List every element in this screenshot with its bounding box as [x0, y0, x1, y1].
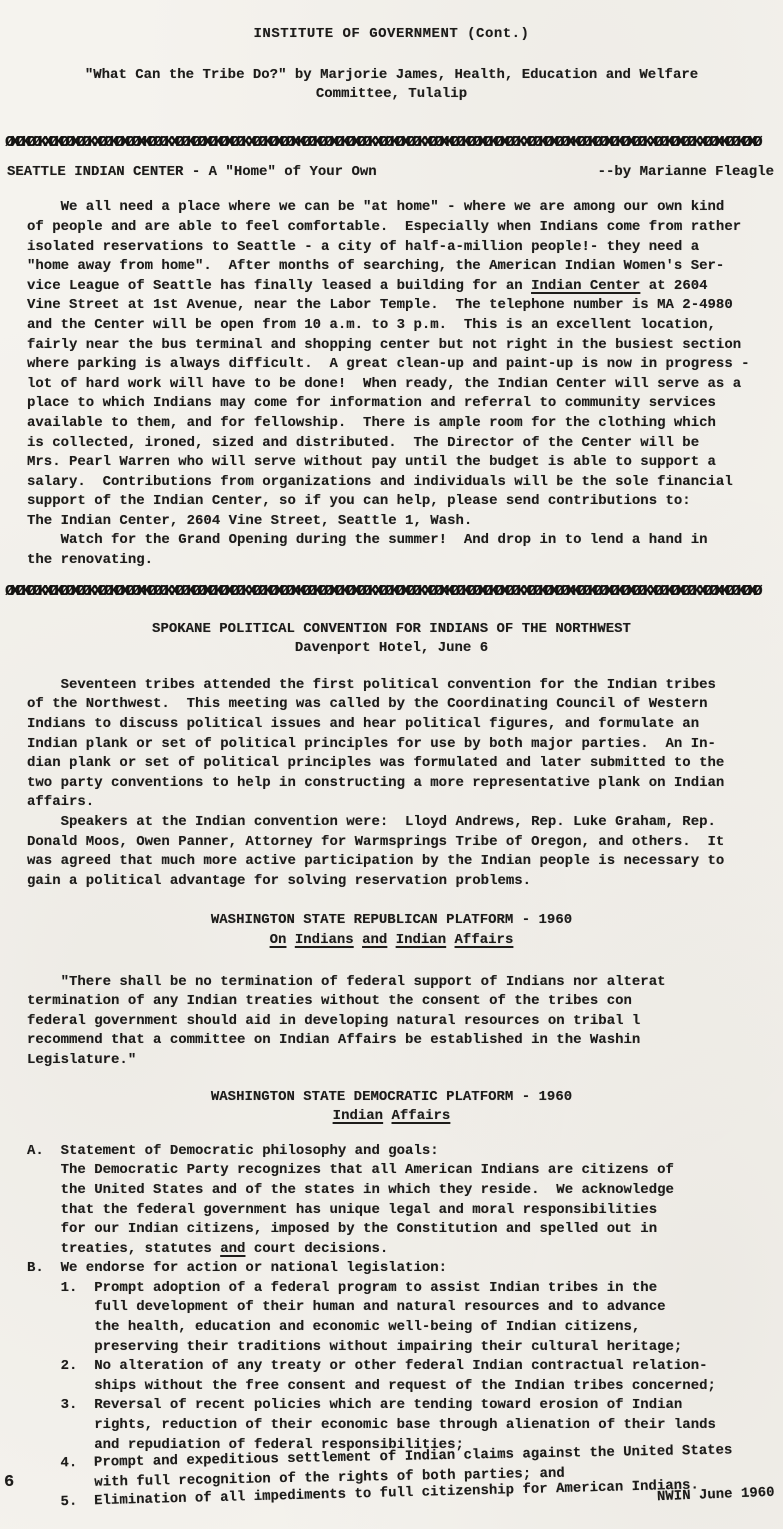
text-line: Davenport Hotel, June 6	[0, 639, 783, 659]
text-line: full development of their human and natu…	[27, 1298, 773, 1318]
text-line: SPOKANE POLITICAL CONVENTION FOR INDIANS…	[0, 620, 783, 640]
text-line: Indian plank or set of political princip…	[27, 735, 773, 755]
text-line: two party conventions to help in constru…	[27, 774, 773, 794]
text-line: recommend that a committee on Indian Aff…	[27, 1031, 773, 1051]
text-line: Legislature."	[27, 1051, 773, 1071]
heading-line: WASHINGTON STATE DEMOCRATIC PLATFORM - 1…	[0, 1088, 783, 1108]
text-line: the renovating.	[27, 551, 773, 571]
text-line: fairly near the bus terminal and shoppin…	[27, 336, 773, 356]
typewriter-ornament-divider: ØXØKØØKXØKØØXØØKXØØKØXØØXKØØØKXØØKØØXØKØ…	[5, 134, 771, 151]
page-number: 6	[4, 1473, 14, 1493]
text-line: Vine Street at 1st Avenue, near the Labo…	[27, 296, 773, 316]
text-line: gain a political advantage for solving r…	[27, 872, 773, 892]
text-line: Indians to discuss political issues and …	[27, 715, 773, 735]
section-heading: SEATTLE INDIAN CENTER - A "Home" of Your…	[7, 163, 377, 183]
scanned-newsletter-page: INSTITUTE OF GOVERNMENT (Cont.) "What Ca…	[0, 0, 783, 1529]
text-line: Watch for the Grand Opening during the s…	[27, 531, 773, 551]
text-line: where parking is always difficult. A gre…	[27, 355, 773, 375]
text-line: was agreed that much more active partici…	[27, 852, 773, 872]
text-line: The Democratic Party recognizes that all…	[27, 1161, 773, 1181]
text-line: place to which Indians may come for info…	[27, 394, 773, 414]
text-line: federal government should aid in develop…	[27, 1012, 773, 1032]
typewriter-ornament-divider: ØXØKØØKXØKØØXØØKXØØKØXØØXKØØØKXØØKØØXØKØ…	[5, 583, 771, 600]
democratic-platform-heading: WASHINGTON STATE DEMOCRATIC PLATFORM - 1…	[0, 1088, 783, 1127]
text-line: The Indian Center, 2604 Vine Street, Sea…	[27, 512, 773, 532]
spokane-section-paragraph: Seventeen tribes attended the first poli…	[27, 676, 773, 892]
text-line: We all need a place where we can be "at …	[27, 198, 773, 218]
text-line: "home away from home". After months of s…	[27, 257, 773, 277]
seattle-section-paragraph: We all need a place where we can be "at …	[27, 198, 773, 570]
page-title: INSTITUTE OF GOVERNMENT (Cont.)	[0, 25, 783, 45]
text-line: the health, education and economic well-…	[27, 1318, 773, 1338]
democratic-platform-body: A. Statement of Democratic philosophy an…	[27, 1142, 773, 1514]
list-item: 1. Prompt adoption of a federal program …	[27, 1279, 773, 1357]
text-line: Speakers at the Indian convention were: …	[27, 813, 773, 833]
text-line: for our Indian citizens, imposed by the …	[27, 1220, 773, 1240]
text-line: Committee, Tulalip	[0, 85, 783, 105]
byline: --by Marianne Fleagle	[598, 163, 774, 183]
text-line: Donald Moos, Owen Panner, Attorney for W…	[27, 833, 773, 853]
text-line: ships without the free consent and reque…	[27, 1377, 773, 1397]
seattle-section-header: SEATTLE INDIAN CENTER - A "Home" of Your…	[0, 163, 783, 183]
text-line: "There shall be no termination of federa…	[27, 973, 773, 993]
text-line: lot of hard work will have to be done! W…	[27, 375, 773, 395]
text-line: 3. Reversal of recent policies which are…	[27, 1396, 773, 1416]
text-line: preserving their traditions without impa…	[27, 1338, 773, 1358]
list-item-b: B. We endorse for action or national leg…	[27, 1259, 773, 1279]
list-item: 2. No alteration of any treaty or other …	[27, 1357, 773, 1396]
text-line: 2. No alteration of any treaty or other …	[27, 1357, 773, 1377]
text-line: that the federal government has unique l…	[27, 1201, 773, 1221]
text-line: support of the Indian Center, so if you …	[27, 492, 773, 512]
text-line: affairs.	[27, 793, 773, 813]
text-line: Seventeen tribes attended the first poli…	[27, 676, 773, 696]
republican-platform-quote: "There shall be no termination of federa…	[27, 973, 773, 1071]
text-line: of people and are able to feel comfortab…	[27, 218, 773, 238]
text-line: of the Northwest. This meeting was calle…	[27, 695, 773, 715]
heading-subline: On Indians and Indian Affairs	[0, 931, 783, 951]
text-line: termination of any Indian treaties witho…	[27, 992, 773, 1012]
text-line: 1. Prompt adoption of a federal program …	[27, 1279, 773, 1299]
text-line: A. Statement of Democratic philosophy an…	[27, 1142, 773, 1162]
heading-line: WASHINGTON STATE REPUBLICAN PLATFORM - 1…	[0, 911, 783, 931]
heading-subline: Indian Affairs	[0, 1107, 783, 1127]
text-line: and the Center will be open from 10 a.m.…	[27, 316, 773, 336]
republican-platform-heading: WASHINGTON STATE REPUBLICAN PLATFORM - 1…	[0, 911, 783, 950]
article-subtitle: "What Can the Tribe Do?" by Marjorie Jam…	[0, 66, 783, 105]
text-line: is collected, ironed, sized and distribu…	[27, 434, 773, 454]
text-line: available to them, and for fellowship. T…	[27, 414, 773, 434]
text-line: rights, reduction of their economic base…	[27, 1416, 773, 1436]
text-line: the United States and of the states in w…	[27, 1181, 773, 1201]
text-line: isolated reservations to Seattle - a cit…	[27, 238, 773, 258]
text-line: dian plank or set of political principle…	[27, 754, 773, 774]
spokane-section-heading: SPOKANE POLITICAL CONVENTION FOR INDIANS…	[0, 620, 783, 659]
list-item-a: A. Statement of Democratic philosophy an…	[27, 1142, 773, 1260]
text-line: treaties, statutes and court decisions.	[27, 1240, 773, 1260]
text-line: vice League of Seattle has finally lease…	[27, 277, 773, 297]
text-line: B. We endorse for action or national leg…	[27, 1259, 773, 1279]
text-line: Mrs. Pearl Warren who will serve without…	[27, 453, 773, 473]
text-line: "What Can the Tribe Do?" by Marjorie Jam…	[0, 66, 783, 86]
text-line: salary. Contributions from organizations…	[27, 473, 773, 493]
